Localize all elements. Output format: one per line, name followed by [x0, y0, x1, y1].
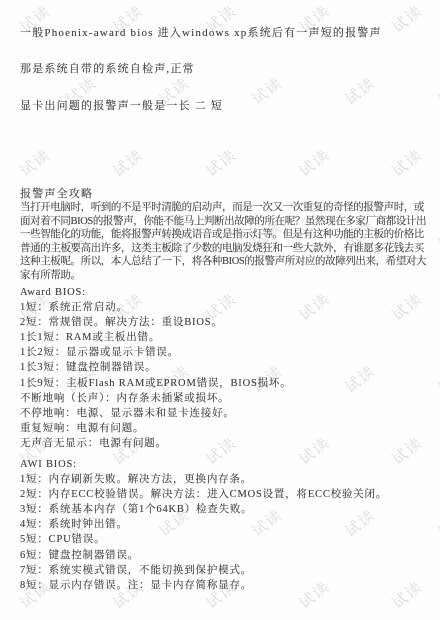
intro-line-3: 显卡出问题的报警声一般是一长 二 短 — [20, 97, 436, 113]
award-bios-section: Award BIOS: 1短：系统正常启动。 2短：常规错误。解决方法：重设BI… — [20, 285, 436, 451]
award-bios-item: 无声音无显示：电源有问题。 — [20, 436, 436, 451]
award-bios-heading: Award BIOS: — [20, 285, 436, 300]
document-page: 试读试读试读试读试读试读试读试读试读试读试读试读试读试读试读试读试读试读试读试读… — [0, 0, 440, 620]
awi-bios-item: 5短：CPU错误。 — [20, 532, 436, 547]
award-bios-item: 不停地响：电源、显示器未和显卡连接好。 — [20, 406, 436, 421]
award-bios-item: 1长1短：RAM或主板出错。 — [20, 330, 436, 345]
awi-bios-item: 2短：内存ECC校验错误。解决方法：进入CMOS设置，将ECC校验关闭。 — [20, 487, 436, 502]
awi-bios-section: AWI BIOS: 1短：内存刷新失败。解决方法，更换内存条。 2短：内存ECC… — [20, 457, 436, 593]
award-bios-item: 重复短响：电源有问题。 — [20, 421, 436, 436]
awi-bios-heading: AWI BIOS: — [20, 457, 436, 472]
text-layer: 一般Phoenix-award bios 进入windows xp系统后有一声短… — [0, 0, 440, 620]
guide-title: 报警声全攻略 — [20, 185, 436, 201]
awi-bios-item: 7短：系统实模式错误，不能切换到保护模式。 — [20, 563, 436, 578]
awi-bios-item: 6短：键盘控制器错误。 — [20, 548, 436, 563]
intro-line-2: 那是系统自带的系统自检声,正常 — [20, 60, 436, 76]
award-bios-item: 1长2短：显示器或显示卡错误。 — [20, 345, 436, 360]
awi-bios-item: 3短：系统基本内存（第1个64KB）检查失败。 — [20, 502, 436, 517]
awi-bios-item: 1短：内存刷新失败。解决方法，更换内存条。 — [20, 472, 436, 487]
award-bios-item: 不断地响（长声）：内存条未插紧或损坏。 — [20, 391, 436, 406]
awi-bios-item: 4短：系统时钟出错。 — [20, 517, 436, 532]
award-bios-item: 2短：常规错误。解决方法：重设BIOS。 — [20, 315, 436, 330]
award-bios-item: 1长3短：键盘控制器错误。 — [20, 360, 436, 375]
awi-bios-item: 8短：显示内存错误。注：显卡内存简称显存。 — [20, 578, 436, 593]
guide-paragraph: 当打开电脑时，听到的不是平时清脆的启动声，而是一次又一次重复的奇怪的报警声时，或… — [20, 201, 436, 283]
award-bios-item: 1长9短：主板Flash RAM或EPROM错误，BIOS损坏。 — [20, 376, 436, 391]
intro-line-1: 一般Phoenix-award bios 进入windows xp系统后有一声短… — [20, 24, 436, 40]
award-bios-item: 1短：系统正常启动。 — [20, 300, 436, 315]
